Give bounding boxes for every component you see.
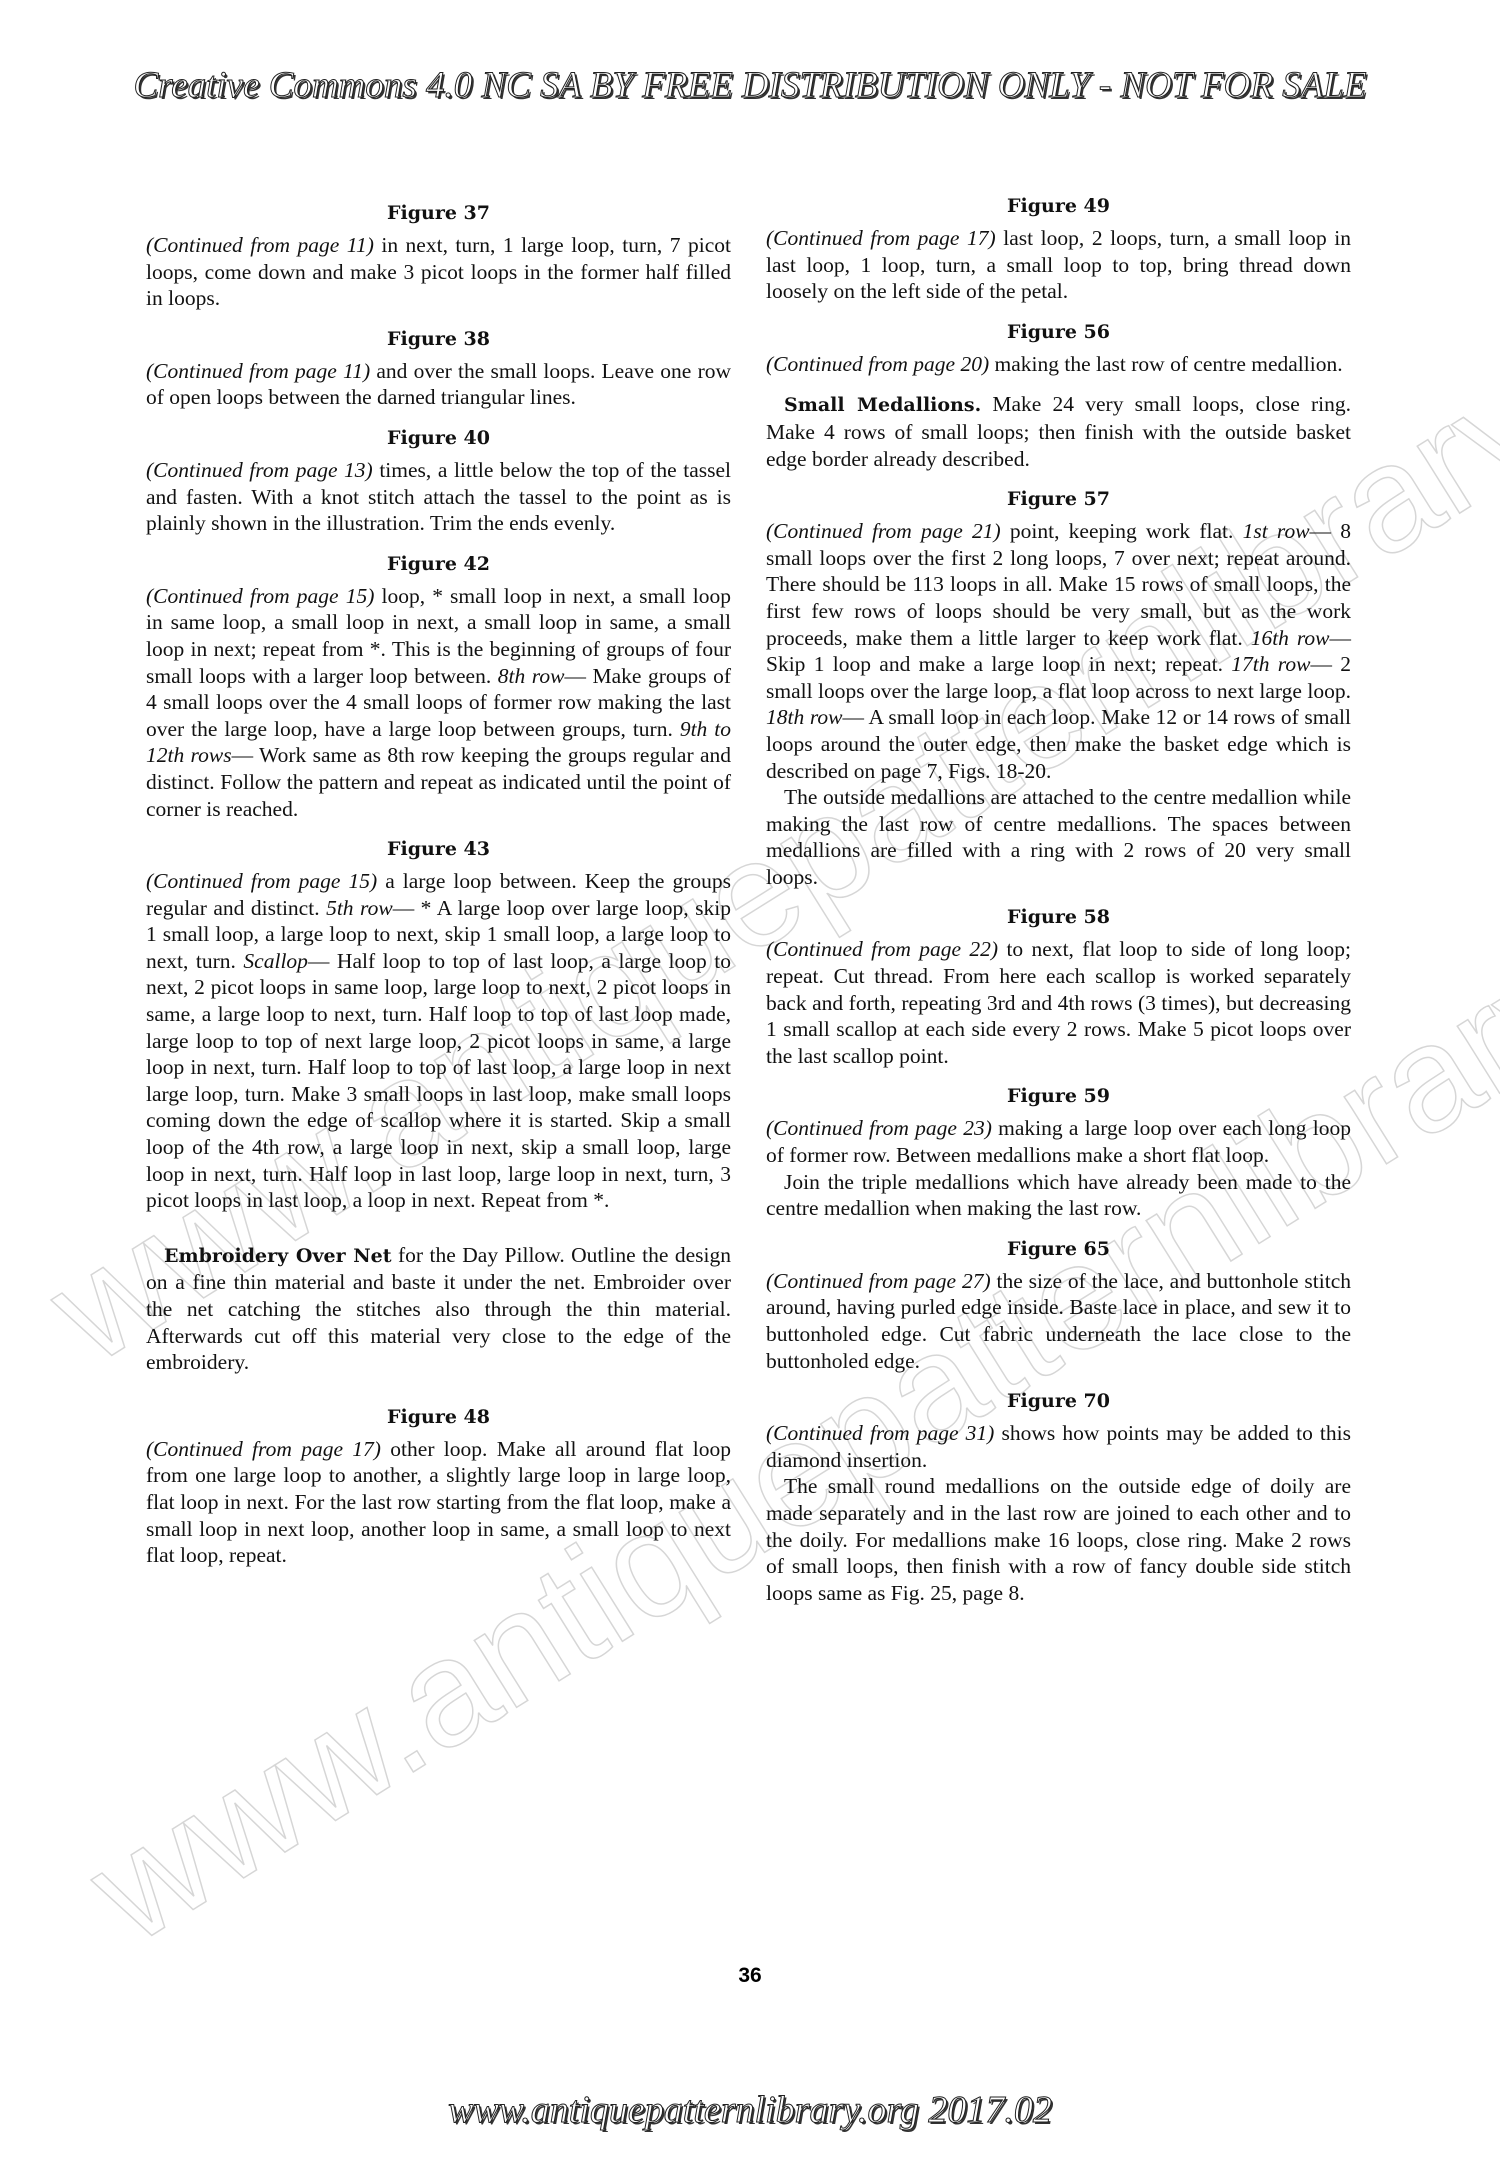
footer-url: www.antiquepatternlibrary.org 2017.02 <box>0 2088 1500 2132</box>
paragraph: (Continued from page 21) point, keeping … <box>766 518 1351 784</box>
continued-note: (Continued from page 11) <box>146 359 370 383</box>
section-figure-37: Figure 37 (Continued from page 11) in ne… <box>146 200 731 312</box>
continued-note: (Continued from page 15) <box>146 584 374 608</box>
figure-heading: Figure 57 <box>766 486 1351 512</box>
row-label: 8th row <box>498 664 565 688</box>
paragraph: Small Medallions. Make 24 very small loo… <box>766 391 1351 472</box>
row-label: 18th row <box>766 705 843 729</box>
continued-note: (Continued from page 21) <box>766 519 1001 543</box>
figure-heading: Figure 42 <box>146 551 731 577</box>
continued-note: (Continued from page 11) <box>146 233 374 257</box>
figure-heading: Figure 37 <box>146 200 731 226</box>
paragraph: (Continued from page 15) a large loop be… <box>146 868 731 1214</box>
continued-note: (Continued from page 22) <box>766 937 998 961</box>
section-figure-65: Figure 65 (Continued from page 27) the s… <box>766 1236 1351 1374</box>
row-label: 1st row <box>1243 519 1310 543</box>
paragraph: (Continued from page 11) and over the sm… <box>146 358 731 411</box>
figure-heading: Figure 65 <box>766 1236 1351 1262</box>
row-label: 17th row <box>1231 652 1310 676</box>
paragraph: The small round medallions on the outsid… <box>766 1473 1351 1606</box>
section-embroidery-over-net: Embroidery Over Net for the Day Pillow. … <box>146 1242 731 1376</box>
section-figure-59: Figure 59 (Continued from page 23) makin… <box>766 1083 1351 1221</box>
figure-heading: Figure 40 <box>146 425 731 451</box>
paragraph: (Continued from page 22) to next, flat l… <box>766 936 1351 1069</box>
figure-heading: Figure 38 <box>146 326 731 352</box>
figure-heading: Figure 49 <box>766 193 1351 219</box>
section-figure-49: Figure 49 (Continued from page 17) last … <box>766 193 1351 305</box>
section-figure-57: Figure 57 (Continued from page 21) point… <box>766 486 1351 890</box>
continued-note: (Continued from page 17) <box>146 1437 381 1461</box>
section-figure-58: Figure 58 (Continued from page 22) to ne… <box>766 904 1351 1069</box>
section-figure-42: Figure 42 (Continued from page 15) loop,… <box>146 551 731 822</box>
body-text: making the last row of centre medallion. <box>995 352 1343 376</box>
section-figure-43: Figure 43 (Continued from page 15) a lar… <box>146 836 731 1214</box>
continued-note: (Continued from page 31) <box>766 1421 994 1445</box>
paragraph: (Continued from page 11) in next, turn, … <box>146 232 731 312</box>
body-text: point, keeping work flat. <box>1010 519 1233 543</box>
paragraph: (Continued from page 20) making the last… <box>766 351 1351 378</box>
paragraph: The outside medallions are attached to t… <box>766 784 1351 890</box>
figure-heading: Figure 58 <box>766 904 1351 930</box>
paragraph: (Continued from page 13) times, a little… <box>146 457 731 537</box>
right-column: Figure 49 (Continued from page 17) last … <box>766 193 1351 1620</box>
figure-heading: Figure 56 <box>766 319 1351 345</box>
body-text: — Half loop to top of last loop, a large… <box>146 949 731 1212</box>
section-figure-40: Figure 40 (Continued from page 13) times… <box>146 425 731 537</box>
paragraph: (Continued from page 15) loop, * small l… <box>146 583 731 822</box>
left-column: Figure 37 (Continued from page 11) in ne… <box>146 200 731 1583</box>
section-figure-38: Figure 38 (Continued from page 11) and o… <box>146 326 731 411</box>
row-label: 16th row <box>1251 626 1330 650</box>
body-text: — A small loop in each loop. Make 12 or … <box>766 705 1351 782</box>
row-label: 5th row <box>326 896 393 920</box>
section-figure-70: Figure 70 (Continued from page 31) shows… <box>766 1388 1351 1606</box>
figure-heading: Figure 59 <box>766 1083 1351 1109</box>
paragraph: (Continued from page 31) shows how point… <box>766 1420 1351 1473</box>
figure-heading: Figure 70 <box>766 1388 1351 1414</box>
continued-note: (Continued from page 15) <box>146 869 377 893</box>
page-number: 36 <box>0 1964 1500 1988</box>
section-figure-56: Figure 56 (Continued from page 20) makin… <box>766 319 1351 378</box>
section-lead: Small Medallions. <box>784 394 981 416</box>
section-small-medallions: Small Medallions. Make 24 very small loo… <box>766 391 1351 472</box>
section-lead: Embroidery Over Net <box>164 1245 392 1267</box>
license-banner: Creative Commons 4.0 NC SA BY FREE DISTR… <box>0 64 1500 107</box>
section-figure-48: Figure 48 (Continued from page 17) other… <box>146 1404 731 1569</box>
body-text: — Work same as 8th row keeping the group… <box>146 743 731 820</box>
continued-note: (Continued from page 13) <box>146 458 373 482</box>
continued-note: (Continued from page 17) <box>766 226 996 250</box>
continued-note: (Continued from page 20) <box>766 352 989 376</box>
paragraph: Join the triple medallions which have al… <box>766 1169 1351 1222</box>
row-label: Scallop <box>243 949 308 973</box>
paragraph: (Continued from page 17) other loop. Mak… <box>146 1436 731 1569</box>
paragraph: (Continued from page 17) last loop, 2 lo… <box>766 225 1351 305</box>
figure-heading: Figure 48 <box>146 1404 731 1430</box>
continued-note: (Continued from page 27) <box>766 1269 991 1293</box>
figure-heading: Figure 43 <box>146 836 731 862</box>
paragraph: Embroidery Over Net for the Day Pillow. … <box>146 1242 731 1376</box>
paragraph: (Continued from page 23) making a large … <box>766 1115 1351 1168</box>
paragraph: (Continued from page 27) the size of the… <box>766 1268 1351 1374</box>
continued-note: (Continued from page 23) <box>766 1116 992 1140</box>
